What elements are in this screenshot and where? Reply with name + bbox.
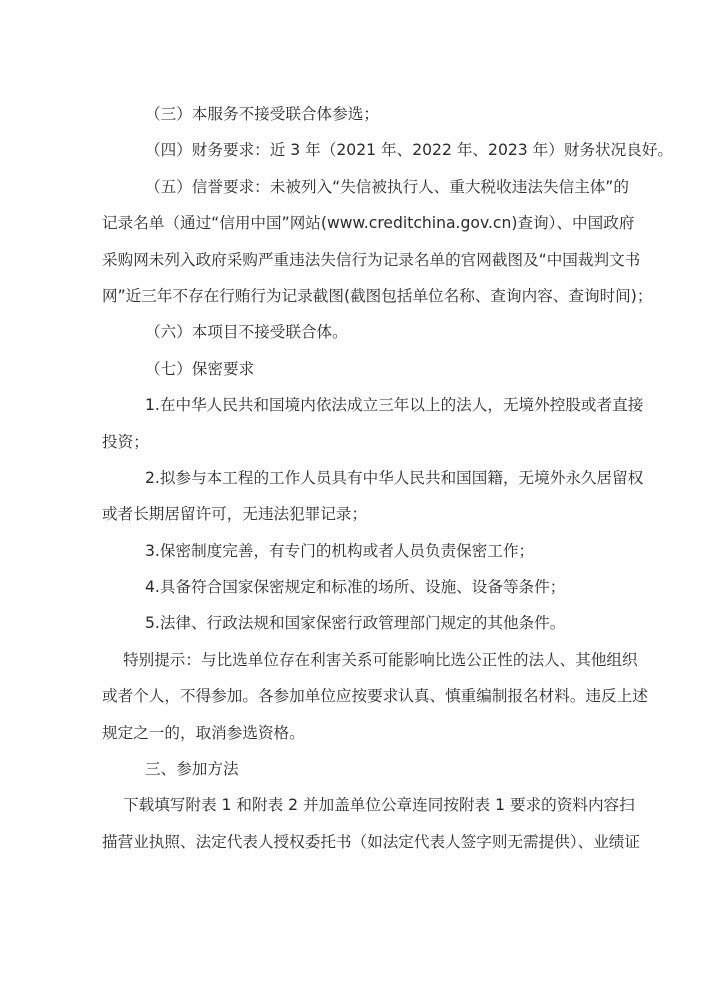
clause-financial-requirement: （四）财务要求：近 3 年（2021 年、2022 年、2023 年）财务状况良… bbox=[102, 132, 604, 168]
special-notice: 特别提示：与比选单位存在利害关系可能影响比选公正性的法人、其他组织 bbox=[102, 642, 604, 678]
clause-confidentiality-heading: （七）保密要求 bbox=[102, 351, 604, 387]
confidentiality-item-3: 3.保密制度完善，有专门的机构或者人员负责保密工作； bbox=[102, 533, 604, 569]
confidentiality-item-1: 1.在中华人民共和国境内依法成立三年以上的法人，无境外控股或者直接 bbox=[102, 387, 604, 423]
clause-credit-requirement-cont-3: 网”近三年不存在行贿行为记录截图(截图包括单位名称、查询内容、查询时间)； bbox=[102, 278, 604, 314]
clause-no-consortium-service: （三）本服务不接受联合体参选； bbox=[102, 96, 604, 132]
clause-no-consortium-project: （六）本项目不接受联合体。 bbox=[102, 314, 604, 350]
confidentiality-item-2-cont: 或者长期居留许可，无违法犯罪记录； bbox=[102, 496, 604, 532]
document-body: （三）本服务不接受联合体参选； （四）财务要求：近 3 年（2021 年、202… bbox=[102, 96, 604, 860]
clause-credit-requirement-cont-1: 记录名单（通过“信用中国”网站(www.creditchina.gov.cn)查… bbox=[102, 205, 604, 241]
confidentiality-item-2: 2.拟参与本工程的工作人员具有中华人民共和国国籍，无境外永久居留权 bbox=[102, 460, 604, 496]
section-heading-participation-method: 三、参加方法 bbox=[102, 751, 604, 787]
document-page: （三）本服务不接受联合体参选； （四）财务要求：近 3 年（2021 年、202… bbox=[0, 0, 707, 1000]
clause-credit-requirement-cont-2: 采购网未列入政府采购严重违法失信行为记录名单的官网截图及“中国裁判文书 bbox=[102, 242, 604, 278]
confidentiality-item-4: 4.具备符合国家保密规定和标准的场所、设施、设备等条件； bbox=[102, 569, 604, 605]
participation-method-paragraph-cont: 描营业执照、法定代表人授权委托书（如法定代表人签字则无需提供）、业绩证 bbox=[102, 824, 604, 860]
special-notice-cont-1: 或者个人，不得参加。各参加单位应按要求认真、慎重编制报名材料。违反上述 bbox=[102, 678, 604, 714]
confidentiality-item-1-cont: 投资； bbox=[102, 424, 604, 460]
participation-method-paragraph: 下载填写附表 1 和附表 2 并加盖单位公章连同按附表 1 要求的资料内容扫 bbox=[102, 787, 604, 823]
confidentiality-item-5: 5.法律、行政法规和国家保密行政管理部门规定的其他条件。 bbox=[102, 605, 604, 641]
special-notice-cont-2: 规定之一的，取消参选资格。 bbox=[102, 715, 604, 751]
clause-credit-requirement: （五）信誉要求：未被列入“失信被执行人、重大税收违法失信主体”的 bbox=[102, 169, 604, 205]
